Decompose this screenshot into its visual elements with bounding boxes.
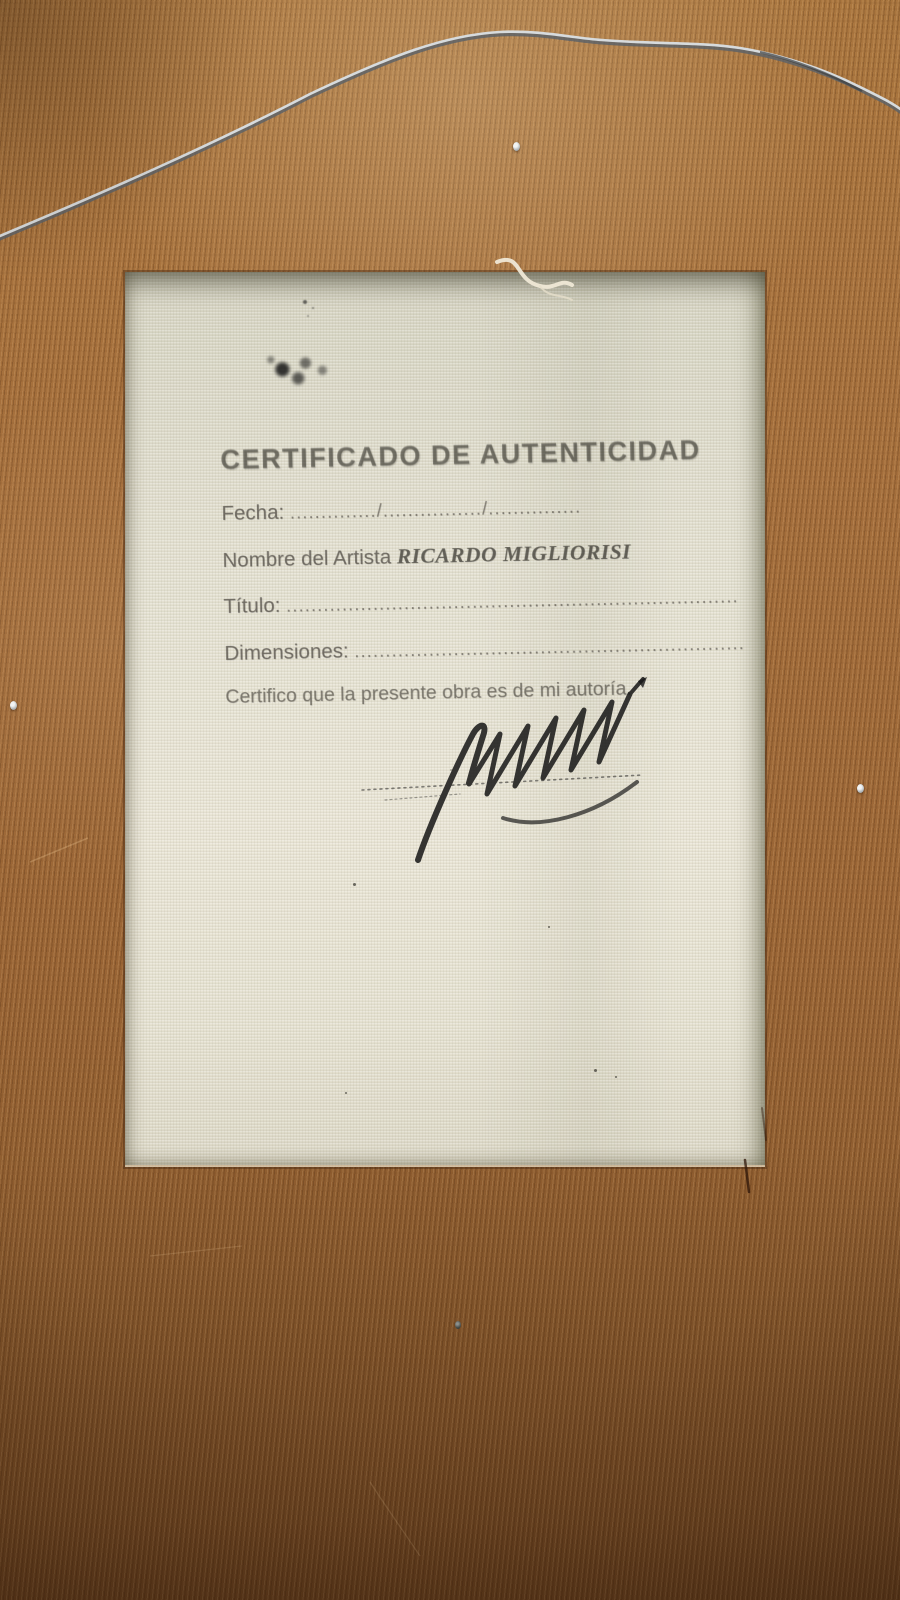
ink-smudge-dots (303, 300, 307, 304)
field-dimensiones: Dimensiones: ...........................… (224, 631, 752, 666)
staple-icon (857, 784, 864, 793)
field-dimensiones-label: Dimensiones: (224, 639, 349, 665)
field-artist-label: Nombre del Artista (222, 545, 391, 572)
tack-icon (455, 1321, 461, 1329)
staple-icon (10, 701, 17, 710)
dust-speck (450, 769, 452, 771)
field-fecha: Fecha: ............../................/.… (221, 491, 749, 526)
ink-smudge (260, 340, 337, 397)
field-titulo-value: ........................................… (286, 586, 739, 615)
dust-speck (345, 1092, 347, 1094)
field-artist-value: RICARDO MIGLIORISI (396, 539, 631, 568)
dust-speck (548, 926, 550, 928)
field-artist: Nombre del Artista RICARDO MIGLIORISI (222, 537, 750, 573)
staple-icon (513, 142, 520, 151)
field-dimensiones-value: ........................................… (354, 633, 745, 661)
certificate-title: CERTIFICADO DE AUTENTICIDAD (220, 433, 733, 476)
dust-speck (594, 1069, 597, 1072)
field-fecha-label: Fecha: (221, 501, 284, 525)
photo-artwork-back: CERTIFICADO DE AUTENTICIDAD Fecha: .....… (0, 0, 900, 1600)
certificate: CERTIFICADO DE AUTENTICIDAD Fecha: .....… (220, 433, 749, 476)
certificate-window: CERTIFICADO DE AUTENTICIDAD Fecha: .....… (125, 272, 765, 1167)
field-titulo-label: Título: (223, 594, 280, 618)
certificate-statement: Certifico que la presente obra es de mi … (225, 675, 753, 709)
field-fecha-value: ............../................/........… (290, 496, 582, 522)
dust-speck (353, 883, 356, 886)
dust-speck (615, 1076, 617, 1078)
field-titulo: Título: ................................… (223, 584, 751, 619)
